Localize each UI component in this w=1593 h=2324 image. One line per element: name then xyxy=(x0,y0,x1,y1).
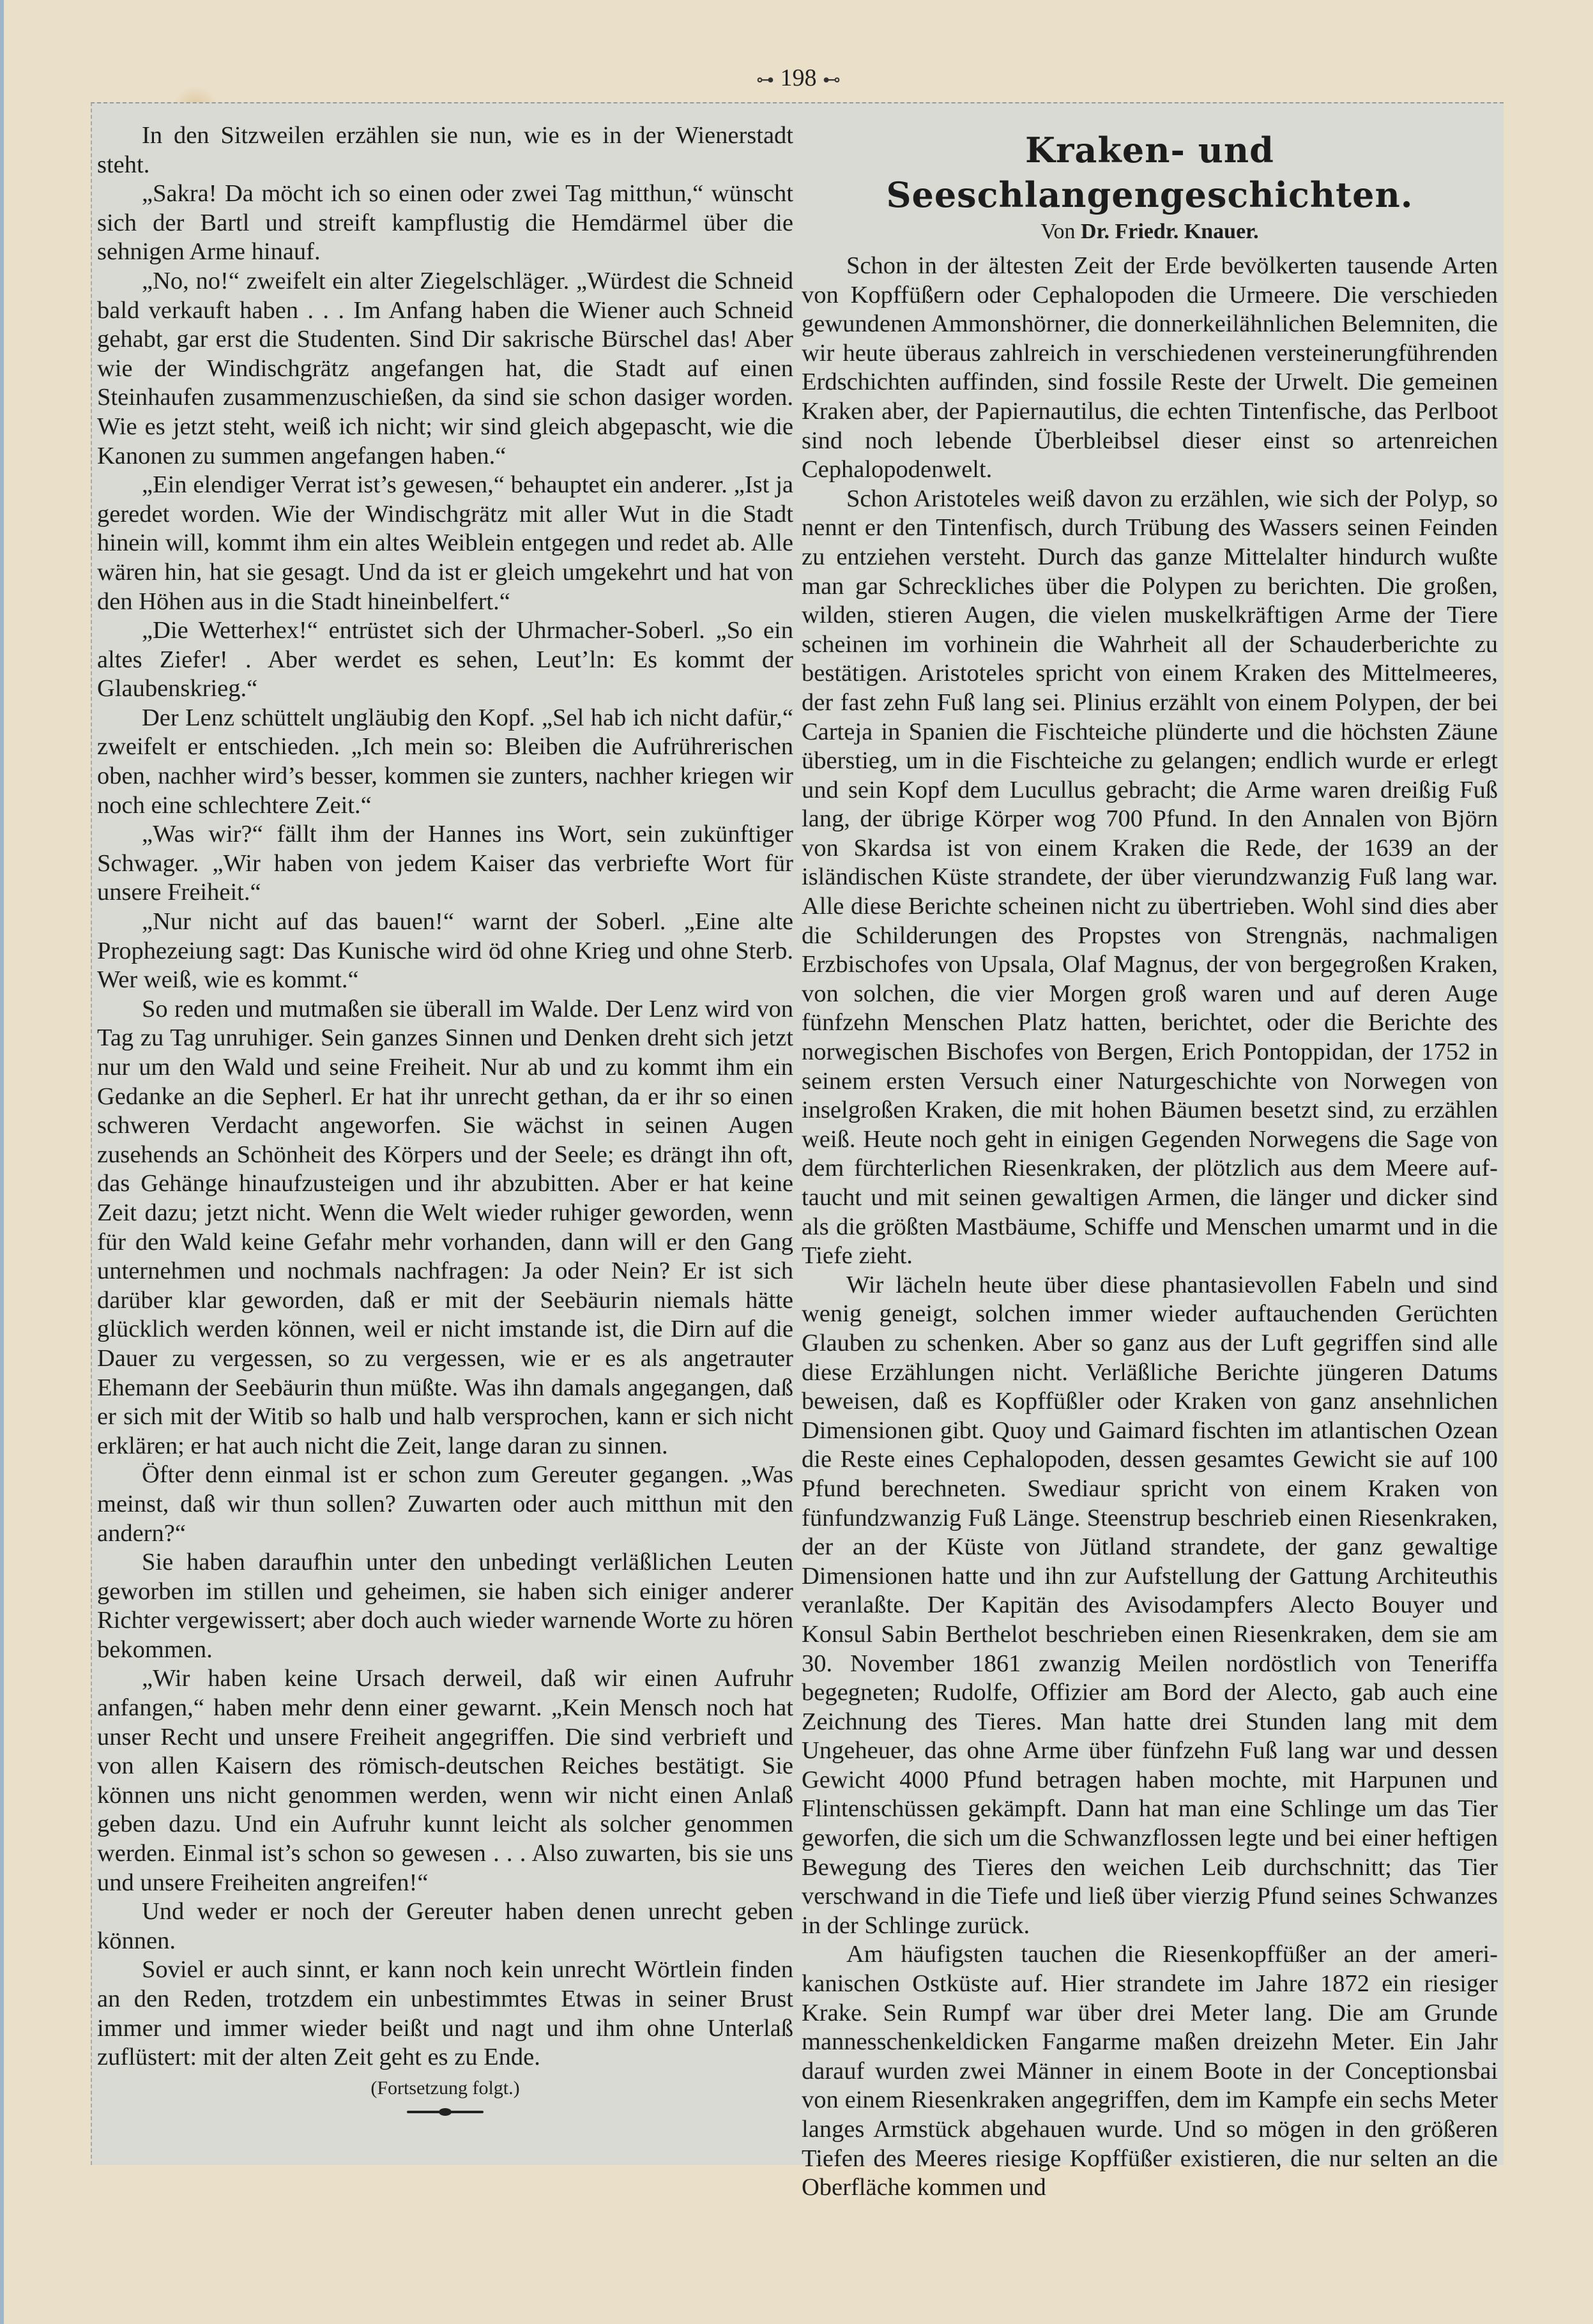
paragraph: Wir lächeln heute über diese phantasievo… xyxy=(802,1271,1498,1941)
right-column-article: Kraken- und Seeschlangengeschichten. Von… xyxy=(802,121,1498,2203)
paragraph: „Was wir?“ fällt ihm der Hannes ins Wort… xyxy=(97,820,793,908)
paragraph: „Ein elendiger Verrat ist’s gewesen,“ be… xyxy=(97,471,793,616)
ornament-right-icon: ⊷ xyxy=(823,70,841,90)
paragraph: Schon in der ältesten Zeit der Erde bevö… xyxy=(802,252,1498,485)
paragraph: „No, no!“ zweifelt ein alter Ziegelschlä… xyxy=(97,267,793,471)
byline-prefix: Von xyxy=(1040,220,1075,243)
paragraph: So reden und mutmaßen sie überall im Wal… xyxy=(97,995,793,1461)
paragraph: In den Sitzweilen erzählen sie nun, wie … xyxy=(97,121,793,179)
article-title: Kraken- und Seeschlangengeschichten. xyxy=(802,128,1498,217)
paragraph: Sie haben daraufhin unter den unbedingt … xyxy=(97,1548,793,1664)
paragraph: Schon Aristoteles weiß davon zu erzählen… xyxy=(802,485,1498,1271)
paragraph: Und weder er noch der Gereuter haben den… xyxy=(97,1897,793,1956)
paragraph: Öfter denn einmal ist er schon zum Gereu… xyxy=(97,1461,793,1548)
author-name: Dr. Friedr. Knauer. xyxy=(1081,220,1259,243)
paragraph: Soviel er auch sinnt, er kann noch kein … xyxy=(97,1956,793,2072)
byline: Von Dr. Friedr. Knauer. xyxy=(802,217,1498,247)
paragraph: Der Lenz schüttelt ungläubig den Kopf. „… xyxy=(97,704,793,820)
paragraph: „Nur nicht auf das bauen!“ warnt der Sob… xyxy=(97,908,793,995)
ornament-left-icon: ⊶ xyxy=(756,70,774,90)
paragraph: Am häufigsten tauchen die Riesenkopffüße… xyxy=(802,1940,1498,2202)
paragraph: „Wir haben keine Ursach derweil, daß wir… xyxy=(97,1664,793,1897)
end-ornament-divider xyxy=(407,2111,484,2113)
page-header: ⊶ 198 ⊷ xyxy=(709,64,888,92)
left-column-serial-story: In den Sitzweilen erzählen sie nun, wie … xyxy=(97,121,793,2113)
paragraph: „Sakra! Da möcht ich so einen oder zwei … xyxy=(97,179,793,267)
continuation-note: (Fortsetzung folgt.) xyxy=(97,2072,793,2104)
paragraph: „Die Wetterhex!“ entrüstet sich der Uhrm… xyxy=(97,616,793,704)
page-number: 198 xyxy=(781,65,817,91)
